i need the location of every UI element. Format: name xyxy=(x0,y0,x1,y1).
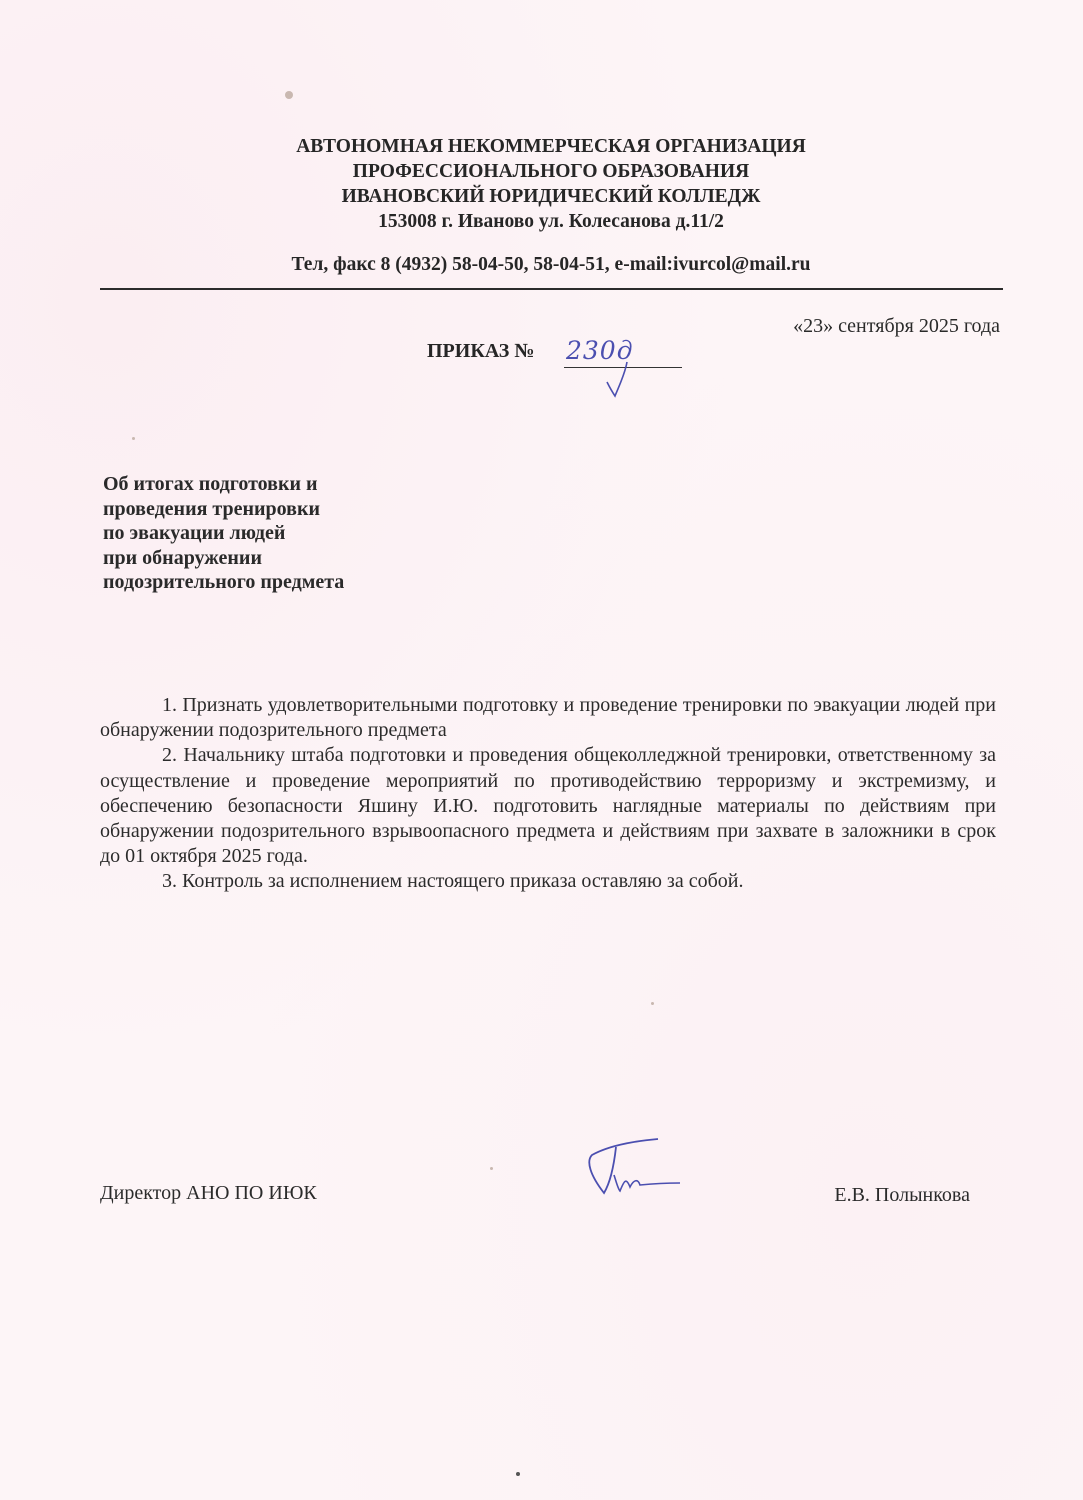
subject-line: Об итогах подготовки и xyxy=(103,472,344,497)
org-contacts: Тел, факс 8 (4932) 58-04-50, 58-04-51, e… xyxy=(100,252,1002,277)
order-title: ПРИКАЗ № xyxy=(427,340,534,363)
handwriting-stroke-icon xyxy=(605,360,635,400)
order-item-3: 3. Контроль за исполнением настоящего пр… xyxy=(100,869,996,894)
order-body: 1. Признать удовлетворительными подготов… xyxy=(100,693,996,895)
subject-line: проведения тренировки xyxy=(103,497,344,522)
signatory-position: Директор АНО ПО ИЮК xyxy=(100,1182,317,1205)
subject-line: при обнаружении xyxy=(103,546,344,571)
signature-icon xyxy=(580,1135,690,1200)
order-subject: Об итогах подготовки и проведения тренир… xyxy=(103,472,344,595)
letterhead: АВТОНОМНАЯ НЕКОММЕРЧЕСКАЯ ОРГАНИЗАЦИЯ ПР… xyxy=(100,134,1002,277)
letterhead-divider xyxy=(100,288,1003,290)
order-item-1: 1. Признать удовлетворительными подготов… xyxy=(100,693,996,743)
order-item-2: 2. Начальнику штаба подготовки и проведе… xyxy=(100,743,996,869)
org-name-line-1: АВТОНОМНАЯ НЕКОММЕРЧЕСКАЯ ОРГАНИЗАЦИЯ xyxy=(100,134,1002,159)
subject-line: по эвакуации людей xyxy=(103,521,344,546)
signatory-name: Е.В. Полынкова xyxy=(834,1184,970,1207)
org-name-line-3: ИВАНОВСКИЙ ЮРИДИЧЕСКИЙ КОЛЛЕДЖ xyxy=(100,184,1002,209)
scan-speck xyxy=(132,437,135,440)
org-name-line-2: ПРОФЕССИОНАЛЬНОГО ОБРАЗОВАНИЯ xyxy=(100,159,1002,184)
document-date: «23» сентября 2025 года xyxy=(793,315,1000,338)
scan-speck xyxy=(651,1002,654,1005)
org-address: 153008 г. Иваново ул. Колесанова д.11/2 xyxy=(100,209,1002,234)
scan-speck xyxy=(490,1167,493,1170)
subject-line: подозрительного предмета xyxy=(103,570,344,595)
scan-speck xyxy=(285,91,293,99)
scan-speck xyxy=(516,1472,520,1476)
scanned-document-page: АВТОНОМНАЯ НЕКОММЕРЧЕСКАЯ ОРГАНИЗАЦИЯ ПР… xyxy=(0,0,1083,1500)
